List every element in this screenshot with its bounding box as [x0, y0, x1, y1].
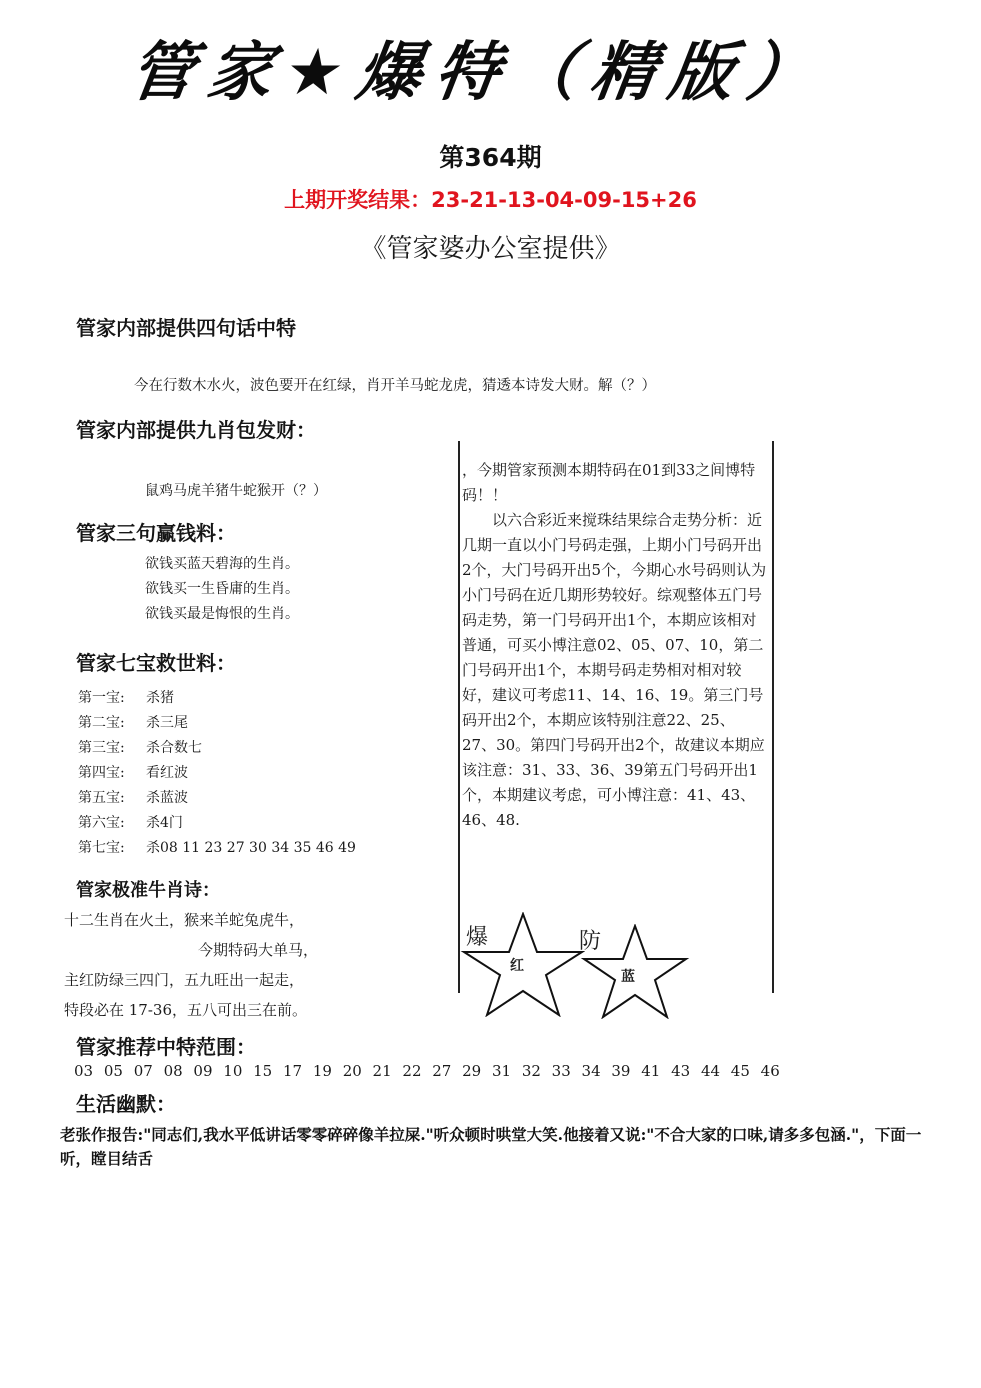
four-sentences-heading: 管家内部提供四句话中特	[76, 312, 296, 341]
poem-line: 今期特码大单马，	[64, 935, 318, 965]
humor-text: 老张作报告:"同志们,我水平低讲话零零碎碎像羊拉屎."听众顿时哄堂大笑.他接着又…	[60, 1123, 940, 1171]
treasure-value: 杀4门	[146, 815, 183, 831]
analysis-paragraph-1: ，今期管家预测本期特码在01到33之间博特码！！	[462, 458, 768, 508]
treasure-value: 杀合数七	[146, 740, 202, 756]
poem-line: 十二生肖在火土，猴来羊蛇兔虎牛，	[64, 905, 318, 935]
star-red-text: 红	[510, 955, 524, 975]
seven-treasures-list: 第一宝:杀猪 第二宝:杀三尾 第三宝:杀合数七 第四宝:看红波 第五宝:杀蓝波 …	[78, 686, 356, 861]
issue-number: 第364期	[0, 138, 981, 174]
provider-line: 《管家婆办公室提供》	[0, 228, 981, 265]
treasure-label: 第三宝:	[78, 736, 146, 761]
treasure-label: 第二宝:	[78, 711, 146, 736]
last-result: 上期开奖结果：23-21-13-04-09-15+26	[0, 184, 981, 214]
analysis-paragraph-2: 以六合彩近来搅珠结果综合走势分析：近几期一直以小门号码走强，上期小门号码开出2个…	[462, 508, 768, 833]
treasure-value: 杀三尾	[146, 715, 188, 731]
last-result-numbers: 23-21-13-04-09-15+26	[431, 188, 697, 212]
seven-treasures-heading: 管家七宝救世料：	[76, 647, 236, 676]
treasure-item: 第七宝:杀08 11 23 27 30 34 35 46 49	[78, 836, 356, 861]
last-result-label: 上期开奖结果：	[284, 188, 431, 212]
treasure-item: 第一宝:杀猪	[78, 686, 356, 711]
poem-line: 特段必在 17-36，五八可出三在前。	[64, 995, 318, 1025]
three-sentences-list: 欲钱买蓝天碧海的生肖。 欲钱买一生昏庸的生肖。 欲钱买最是悔恨的生肖。	[145, 552, 299, 627]
analysis-text: ，今期管家预测本期特码在01到33之间博特码！！ 以六合彩近来搅珠结果综合走势分…	[462, 458, 768, 833]
nine-zodiac-heading: 管家内部提供九肖包发财：	[76, 414, 316, 443]
treasure-value: 杀蓝波	[146, 790, 188, 806]
page-title: 管家★爆特（精版）	[124, 28, 837, 118]
treasure-label: 第七宝:	[78, 836, 146, 861]
treasure-value: 杀08 11 23 27 30 34 35 46 49	[146, 840, 356, 856]
treasure-item: 第三宝:杀合数七	[78, 736, 356, 761]
treasure-label: 第一宝:	[78, 686, 146, 711]
three-sentences-line: 欲钱买蓝天碧海的生肖。	[145, 552, 299, 577]
treasure-label: 第四宝:	[78, 761, 146, 786]
star-icon	[580, 924, 690, 1019]
treasure-label: 第五宝:	[78, 786, 146, 811]
zodiac-poem: 十二生肖在火土，猴来羊蛇兔虎牛， 今期特码大单马， 主红防绿三四门，五九旺出一起…	[64, 905, 318, 1025]
treasure-item: 第五宝:杀蓝波	[78, 786, 356, 811]
nine-zodiac-text: 鼠鸡马虎羊猪牛蛇猴开（？）	[145, 480, 327, 500]
treasure-label: 第六宝:	[78, 811, 146, 836]
treasure-value: 看红波	[146, 765, 188, 781]
treasure-item: 第二宝:杀三尾	[78, 711, 356, 736]
recommended-numbers: 03 05 07 08 09 10 15 17 19 20 21 22 27 2…	[74, 1062, 780, 1080]
three-sentences-line: 欲钱买一生昏庸的生肖。	[145, 577, 299, 602]
humor-heading: 生活幽默：	[76, 1088, 176, 1117]
treasure-item: 第六宝:杀4门	[78, 811, 356, 836]
poem-line: 主红防绿三四门，五九旺出一起走，	[64, 965, 318, 995]
star-blue-text: 蓝	[621, 966, 635, 986]
treasure-value: 杀猪	[146, 690, 174, 706]
treasure-item: 第四宝:看红波	[78, 761, 356, 786]
recommended-range-heading: 管家推荐中特范围：	[76, 1031, 256, 1060]
four-sentences-text: 今在行数木水火，波色要开在红绿，肖开羊马蛇龙虎，猜透本诗发大财。解（？）	[134, 374, 656, 395]
three-sentences-heading: 管家三句赢钱料：	[76, 517, 236, 546]
three-sentences-line: 欲钱买最是悔恨的生肖。	[145, 602, 299, 627]
zodiac-poem-heading: 管家极准牛肖诗：	[76, 876, 220, 902]
